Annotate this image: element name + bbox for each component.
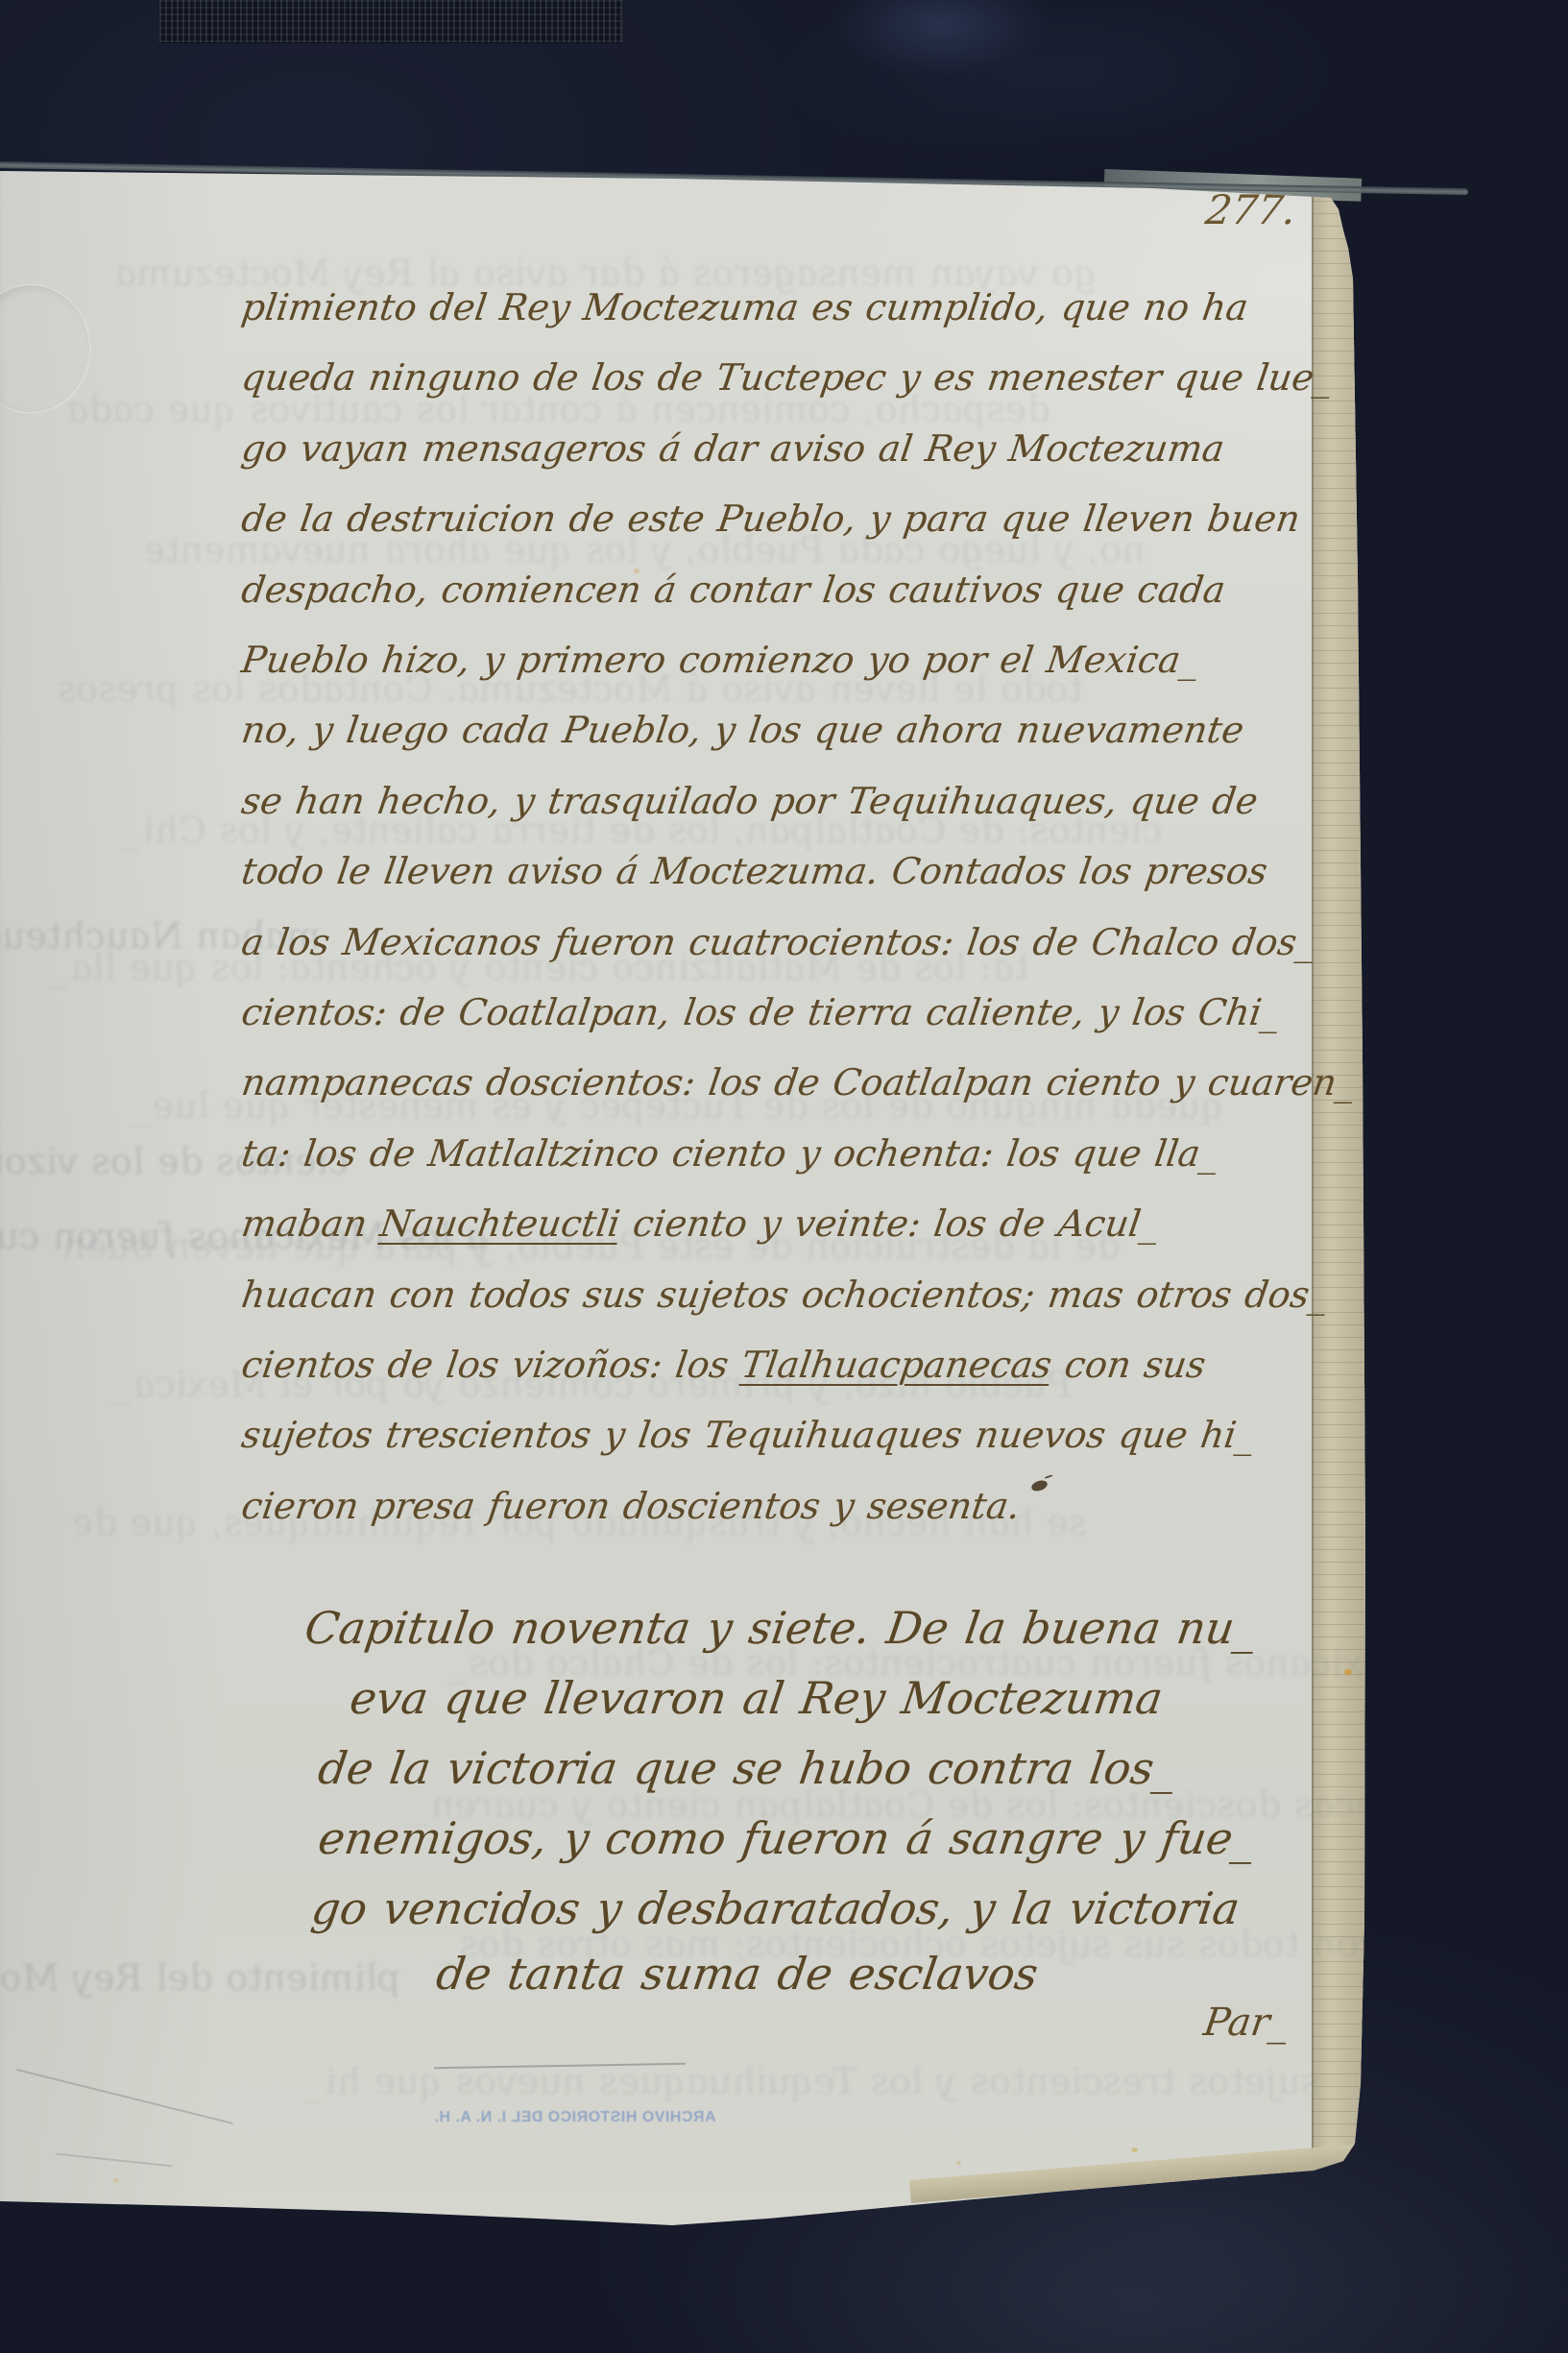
archive-stamp-text: ARCHIVO HISTORICO DEL I. N. A. H. (434, 2109, 716, 2125)
archive-stamp: ARCHIVO HISTORICO DEL I. N. A. H. (434, 2109, 716, 2126)
foxing-spot (956, 2161, 961, 2165)
chapter-heading-line: enemigos, y como fueron á sangre y fue_ (316, 1816, 1258, 1860)
chapter-heading-line: eva que llevaron al Rey Moctezuma (348, 1676, 1166, 1720)
chapter-heading-line: de tanta suma de esclavos (434, 1952, 1041, 1996)
foxing-spot (1131, 2147, 1138, 2152)
foxing-spot (634, 569, 639, 573)
chapter-heading-line: de la victoria que se hubo contra los_ (316, 1746, 1179, 1790)
foxing-spot (1344, 1669, 1352, 1675)
chapter-heading: Capitulo noventa y siete. De la buena nu… (0, 0, 1568, 2353)
chapter-heading-line: Capitulo noventa y siete. De la buena nu… (302, 1606, 1260, 1650)
binding-fabric-strap (159, 0, 622, 43)
manuscript-page: go vayan mensageros á dar aviso al Rey M… (0, 0, 1568, 2353)
foxing-spot (113, 2178, 119, 2183)
folio-number: 277. (1203, 190, 1298, 230)
chapter-heading-line: go vencidos y desbaratados, y la victori… (309, 1886, 1242, 1930)
catchword: Par_ (1201, 2003, 1291, 2042)
photograph: go vayan mensageros á dar aviso al Rey M… (0, 0, 1568, 2353)
